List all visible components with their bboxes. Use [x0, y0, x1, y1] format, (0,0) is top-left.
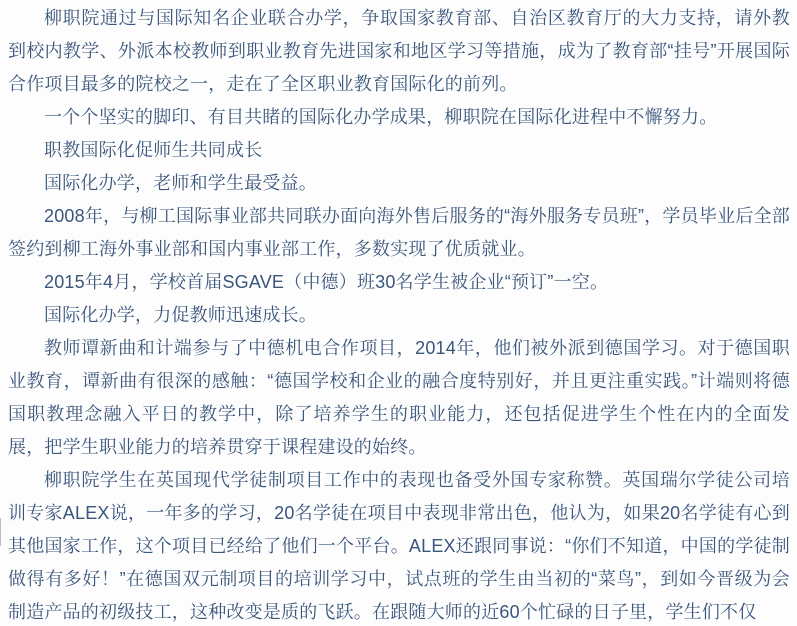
paragraph-uk-apprentices: 柳职院学生在英国现代学徒制项目工作中的表现也备受外国专家称赞。英国瑞尔学徒公司培… — [8, 464, 790, 626]
paragraph-achievements: 一个个坚实的脚印、有目共睹的国际化办学成果，柳职院在国际化进程中不懈努力。 — [8, 101, 790, 134]
paragraph-2008-class: 2008年，与柳工国际事业部共同联办面向海外售后服务的“海外服务专员班”，学员毕… — [8, 200, 790, 266]
page: { "page": { "background_color": "#fdfdfe… — [0, 0, 797, 626]
paragraph-section-heading: 职教国际化促师生共同成长 — [8, 134, 790, 167]
paragraph-teachers-growth: 国际化办学，力促教师迅速成长。 — [8, 299, 790, 332]
article-body: 柳职院通过与国际知名企业联合办学，争取国家教育部、自治区教育厅的大力支持，请外教… — [0, 0, 797, 626]
left-edge-artifact — [0, 518, 1, 546]
paragraph-2015-sgave: 2015年4月，学校首届SGAVE（中德）班30名学生被企业“预订”一空。 — [8, 266, 790, 299]
paragraph-intro: 柳职院通过与国际知名企业联合办学，争取国家教育部、自治区教育厅的大力支持，请外教… — [8, 2, 790, 101]
paragraph-students-benefit: 国际化办学，老师和学生最受益。 — [8, 167, 790, 200]
paragraph-germany-project: 教师谭新曲和计端参与了中德机电合作项目，2014年，他们被外派到德国学习。对于德… — [8, 332, 790, 464]
